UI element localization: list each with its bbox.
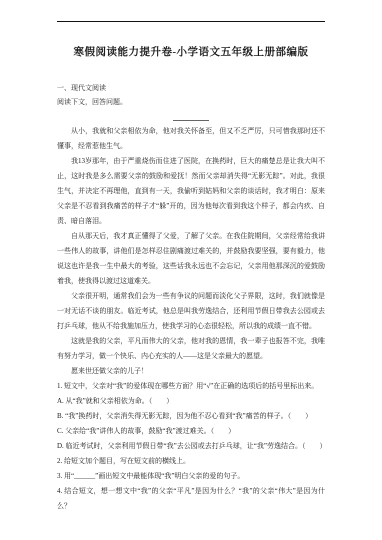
exam-document-page: 寒假阅读能力提升卷-小学语文五年级上册部编版 一、现代文阅读 阅读下文，回答问题… <box>0 0 382 540</box>
question-1: 1. 短文中，父亲对“我”的爱体现在哪些方面？用“√”在正确的选项后的括号里标出… <box>57 379 325 394</box>
reading-passage: 从小，我就和父亲相依为命，他对我关怀备至，但又不乏严厉，只可惜我那时还不懂事，经… <box>57 124 325 379</box>
question-1-option-b: B. “我”换药时，父亲消失得无影无踪，因为他不忍心看到“我”痛苦的样子。（ ） <box>57 409 325 424</box>
question-2: 2. 给短文加个题目，写在短文前的横线上。 <box>57 454 325 469</box>
question-3: 3. 用“______”画出短文中最能体现“我”明白父亲的爱的句子。 <box>57 469 325 484</box>
question-1-option-d: D. 临近考试时，父亲利用节假日带“我”去公园或去打乒乓球，让“我”劳逸结合。（… <box>57 439 325 454</box>
passage-paragraph: 自从那天后，我才真正懂得了父爱，了解了父亲。在我住院期间，父亲经常给我讲一些伟人… <box>57 229 325 289</box>
header-divider <box>57 21 325 22</box>
passage-title-blank-line <box>57 109 325 124</box>
question-4: 4. 结合短文，想一想文中“我”的父亲“平凡”是因为什么？“我”的父亲“伟大”是… <box>57 484 325 514</box>
passage-paragraph: 父亲很开明，通常我们会为一些有争议的问题而淡化父子界限，这时，我们就像是一对无话… <box>57 289 325 334</box>
question-1-option-a: A. 从“我”就和父亲相依为命。（ ） <box>57 394 325 409</box>
blank-underline <box>173 111 209 121</box>
section-heading: 一、现代文阅读 <box>57 81 325 95</box>
page-title: 寒假阅读能力提升卷-小学语文五年级上册部编版 <box>30 46 352 60</box>
passage-paragraph: 从小，我就和父亲相依为命，他对我关怀备至，但又不乏严厉，只可惜我那时还不懂事，经… <box>57 124 325 154</box>
reading-instruction: 阅读下文，回答问题。 <box>57 95 325 109</box>
question-1-option-c: C. 父亲给“我”讲伟人的故事，鼓励“我”渡过难关。（ ） <box>57 424 325 439</box>
passage-paragraph: 愿来世还做父亲的儿子！ <box>57 364 325 379</box>
passage-paragraph: 这就是我的父亲，平凡而伟大的父亲，他对我的恩情，我一辈子也报答不完，我唯有努力学… <box>57 334 325 364</box>
question-list: 1. 短文中，父亲对“我”的爱体现在哪些方面？用“√”在正确的选项后的括号里标出… <box>57 379 325 514</box>
document-body: 一、现代文阅读 阅读下文，回答问题。 从小，我就和父亲相依为命，他对我关怀备至，… <box>57 81 325 514</box>
passage-paragraph: 我13岁那年，由于严重烧伤而住进了医院，在换药时，巨大的痛楚总是让我大叫不止，这… <box>57 154 325 229</box>
